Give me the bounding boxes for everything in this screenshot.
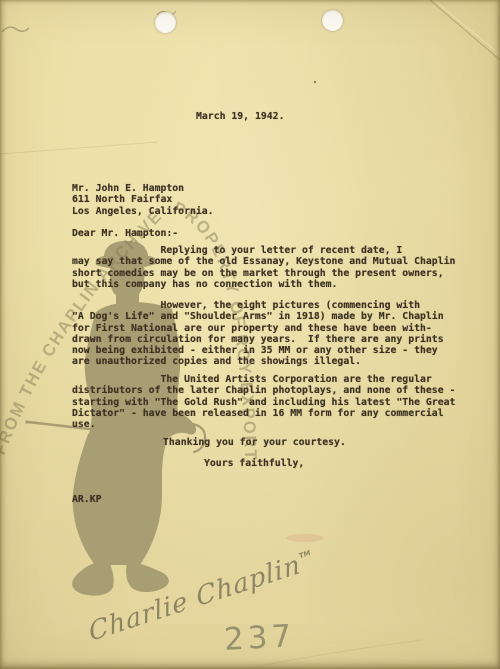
letter-date: March 19, 1942. [196,111,284,122]
typist-initials: AR.KP [72,494,102,505]
letter-scan-page: FROM THE CHAPLIN ARCHIVE PROPERTY OF ROY… [0,0,500,669]
punch-hole-right [322,10,343,31]
recipient-address: Mr. John E. Hampton 611 North Fairfax Lo… [72,183,214,217]
archive-number: 237 [223,618,296,658]
left-shoe-icon [72,562,113,596]
paragraph-3: The United Artists Corporation are the r… [72,374,455,430]
punch-hole-left [155,12,176,33]
thanks-line: Thanking you for your courtesy. [163,437,346,448]
paragraph-1: Replying to your letter of recent date, … [72,245,455,290]
trademark-mark: TM [298,549,311,561]
valediction: Yours faithfully, [204,458,304,469]
right-shoe-icon [126,562,169,592]
salutation: Dear Mr. Hampton:- [72,228,178,239]
paragraph-2: However, the eight pictures (commencing … [72,300,444,368]
